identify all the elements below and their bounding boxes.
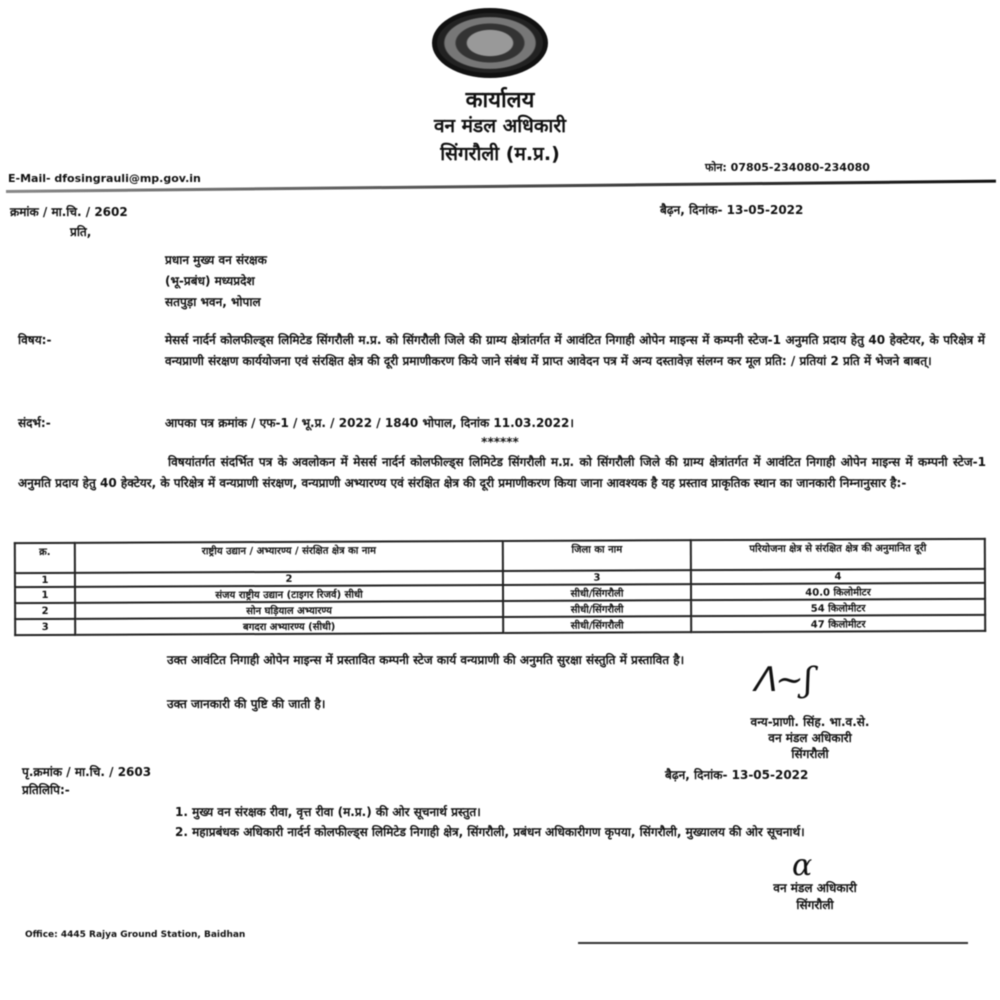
office-designation: वन मंडल अधिकारी bbox=[0, 112, 1000, 138]
subject-text: मेसर्स नार्दर्न कोलफील्ड्स लिमिटेड सिंगर… bbox=[165, 330, 985, 372]
prati-label: प्रति, bbox=[70, 222, 91, 243]
table-header: राष्ट्रीय उद्यान / अभ्यारण्य / संरक्षित … bbox=[75, 541, 503, 573]
signatory-name: वन्य-प्राणी. सिंह. भा.व.से. bbox=[735, 714, 885, 730]
signatory-location: सिंगरौली bbox=[740, 897, 890, 914]
signature-icon: ᐱ~ʃ bbox=[752, 660, 813, 700]
table-cell: 3 bbox=[15, 619, 75, 635]
closing-line: उक्त जानकारी की पुष्टि की जाती है। bbox=[167, 694, 325, 715]
reference-text: आपका पत्र क्रमांक / एफ-1 / भू.प्र. / 202… bbox=[165, 413, 574, 434]
copy-list: 1. मुख्य वन संरक्षक रीवा, वृत्त रीवा (म.… bbox=[175, 802, 985, 842]
table-header: परियोजना क्षेत्र से संरक्षित क्षेत्र की … bbox=[691, 539, 985, 570]
closing-line: उक्त आवंटित निगाही ओपेन माइन्स में प्रस्… bbox=[12, 650, 986, 671]
office-title: कार्यालय bbox=[0, 84, 1000, 114]
table-cell: 3 bbox=[503, 570, 691, 585]
table-cell: 40.0 किलोमीटर bbox=[691, 583, 985, 600]
signatory-location: सिंगरौली bbox=[735, 746, 885, 762]
addressee-line: सतपुड़ा भवन, भोपाल bbox=[165, 292, 267, 313]
signatory-designation: वन मंडल अधिकारी bbox=[735, 730, 885, 746]
addressee-line: प्रधान मुख्य वन संरक्षक bbox=[165, 250, 267, 271]
table-cell: 47 किलोमीटर bbox=[691, 615, 985, 632]
table-cell: 2 bbox=[15, 603, 75, 619]
phone-line: फोन: 07805-234080-234080 bbox=[705, 160, 870, 175]
addressee-line: (भू-प्रबंध) मध्यप्रदेश bbox=[165, 271, 267, 292]
table-row: 3 बगदरा अभ्यारण्य (सीधी) सीधी/सिंगरौली 4… bbox=[15, 615, 985, 635]
signature-block: वन्य-प्राणी. सिंह. भा.व.से. वन मंडल अधिक… bbox=[735, 714, 885, 762]
table-cell: 1 bbox=[15, 587, 75, 603]
table-cell: सीधी/सिंगरौली bbox=[503, 584, 691, 601]
endorsement-prati: प्रतिलिपि:- bbox=[22, 780, 70, 801]
table-cell: सीधी/सिंगरौली bbox=[503, 600, 691, 617]
protected-areas-table: क्र. राष्ट्रीय उद्यान / अभ्यारण्य / संरक… bbox=[14, 538, 986, 636]
copy-item: 1. मुख्य वन संरक्षक रीवा, वृत्त रीवा (म.… bbox=[175, 802, 985, 822]
government-seal-icon bbox=[432, 8, 548, 78]
separator: ****** bbox=[0, 432, 1000, 453]
table-header: क्र. bbox=[15, 543, 75, 573]
signature-icon: ɑ bbox=[792, 848, 812, 883]
signature-block-2: वन मंडल अधिकारी सिंगरौली bbox=[740, 880, 890, 914]
body-paragraph: विषयांतर्गत संदर्भित पत्र के अवलोकन में … bbox=[18, 452, 986, 494]
place-date: बैढ़न, दिनांक- 13-05-2022 bbox=[660, 200, 803, 221]
table-header: जिला का नाम bbox=[503, 540, 691, 571]
table-cell: बगदरा अभ्यारण्य (सीधी) bbox=[75, 617, 503, 635]
signatory-designation: वन मंडल अधिकारी bbox=[740, 880, 890, 897]
table-cell: सीधी/सिंगरौली bbox=[503, 616, 691, 633]
reference-label: संदर्भ:- bbox=[18, 413, 51, 434]
table-cell: 1 bbox=[15, 573, 75, 587]
endorsement-date: बैढ़न, दिनांक- 13-05-2022 bbox=[665, 765, 808, 786]
table-cell: संजय राष्ट्रीय उद्यान (टाइगर रिजर्व) सीध… bbox=[75, 585, 503, 603]
subject-label: विषय:- bbox=[18, 330, 51, 351]
footer-text: Office: 4445 Rajya Ground Station, Baidh… bbox=[25, 930, 245, 940]
document-page: कार्यालय वन मंडल अधिकारी सिंगरौली (म.प्र… bbox=[0, 0, 1000, 1000]
table-cell: 54 किलोमीटर bbox=[691, 599, 985, 616]
copy-item: 2. महाप्रबंधक अधिकारी नार्दर्न कोलफील्ड्… bbox=[175, 822, 985, 842]
addressee-block: प्रधान मुख्य वन संरक्षक (भू-प्रबंध) मध्य… bbox=[165, 250, 267, 313]
reference-number: क्रमांक / मा.चि. / 2602 bbox=[10, 202, 128, 223]
table-cell: 4 bbox=[691, 569, 985, 584]
table-cell: सोन घड़ियाल अभ्यारण्य bbox=[75, 601, 503, 619]
footer-rule bbox=[578, 942, 968, 944]
email-line: E-Mail- dfosingrauli@mp.gov.in bbox=[8, 172, 201, 185]
